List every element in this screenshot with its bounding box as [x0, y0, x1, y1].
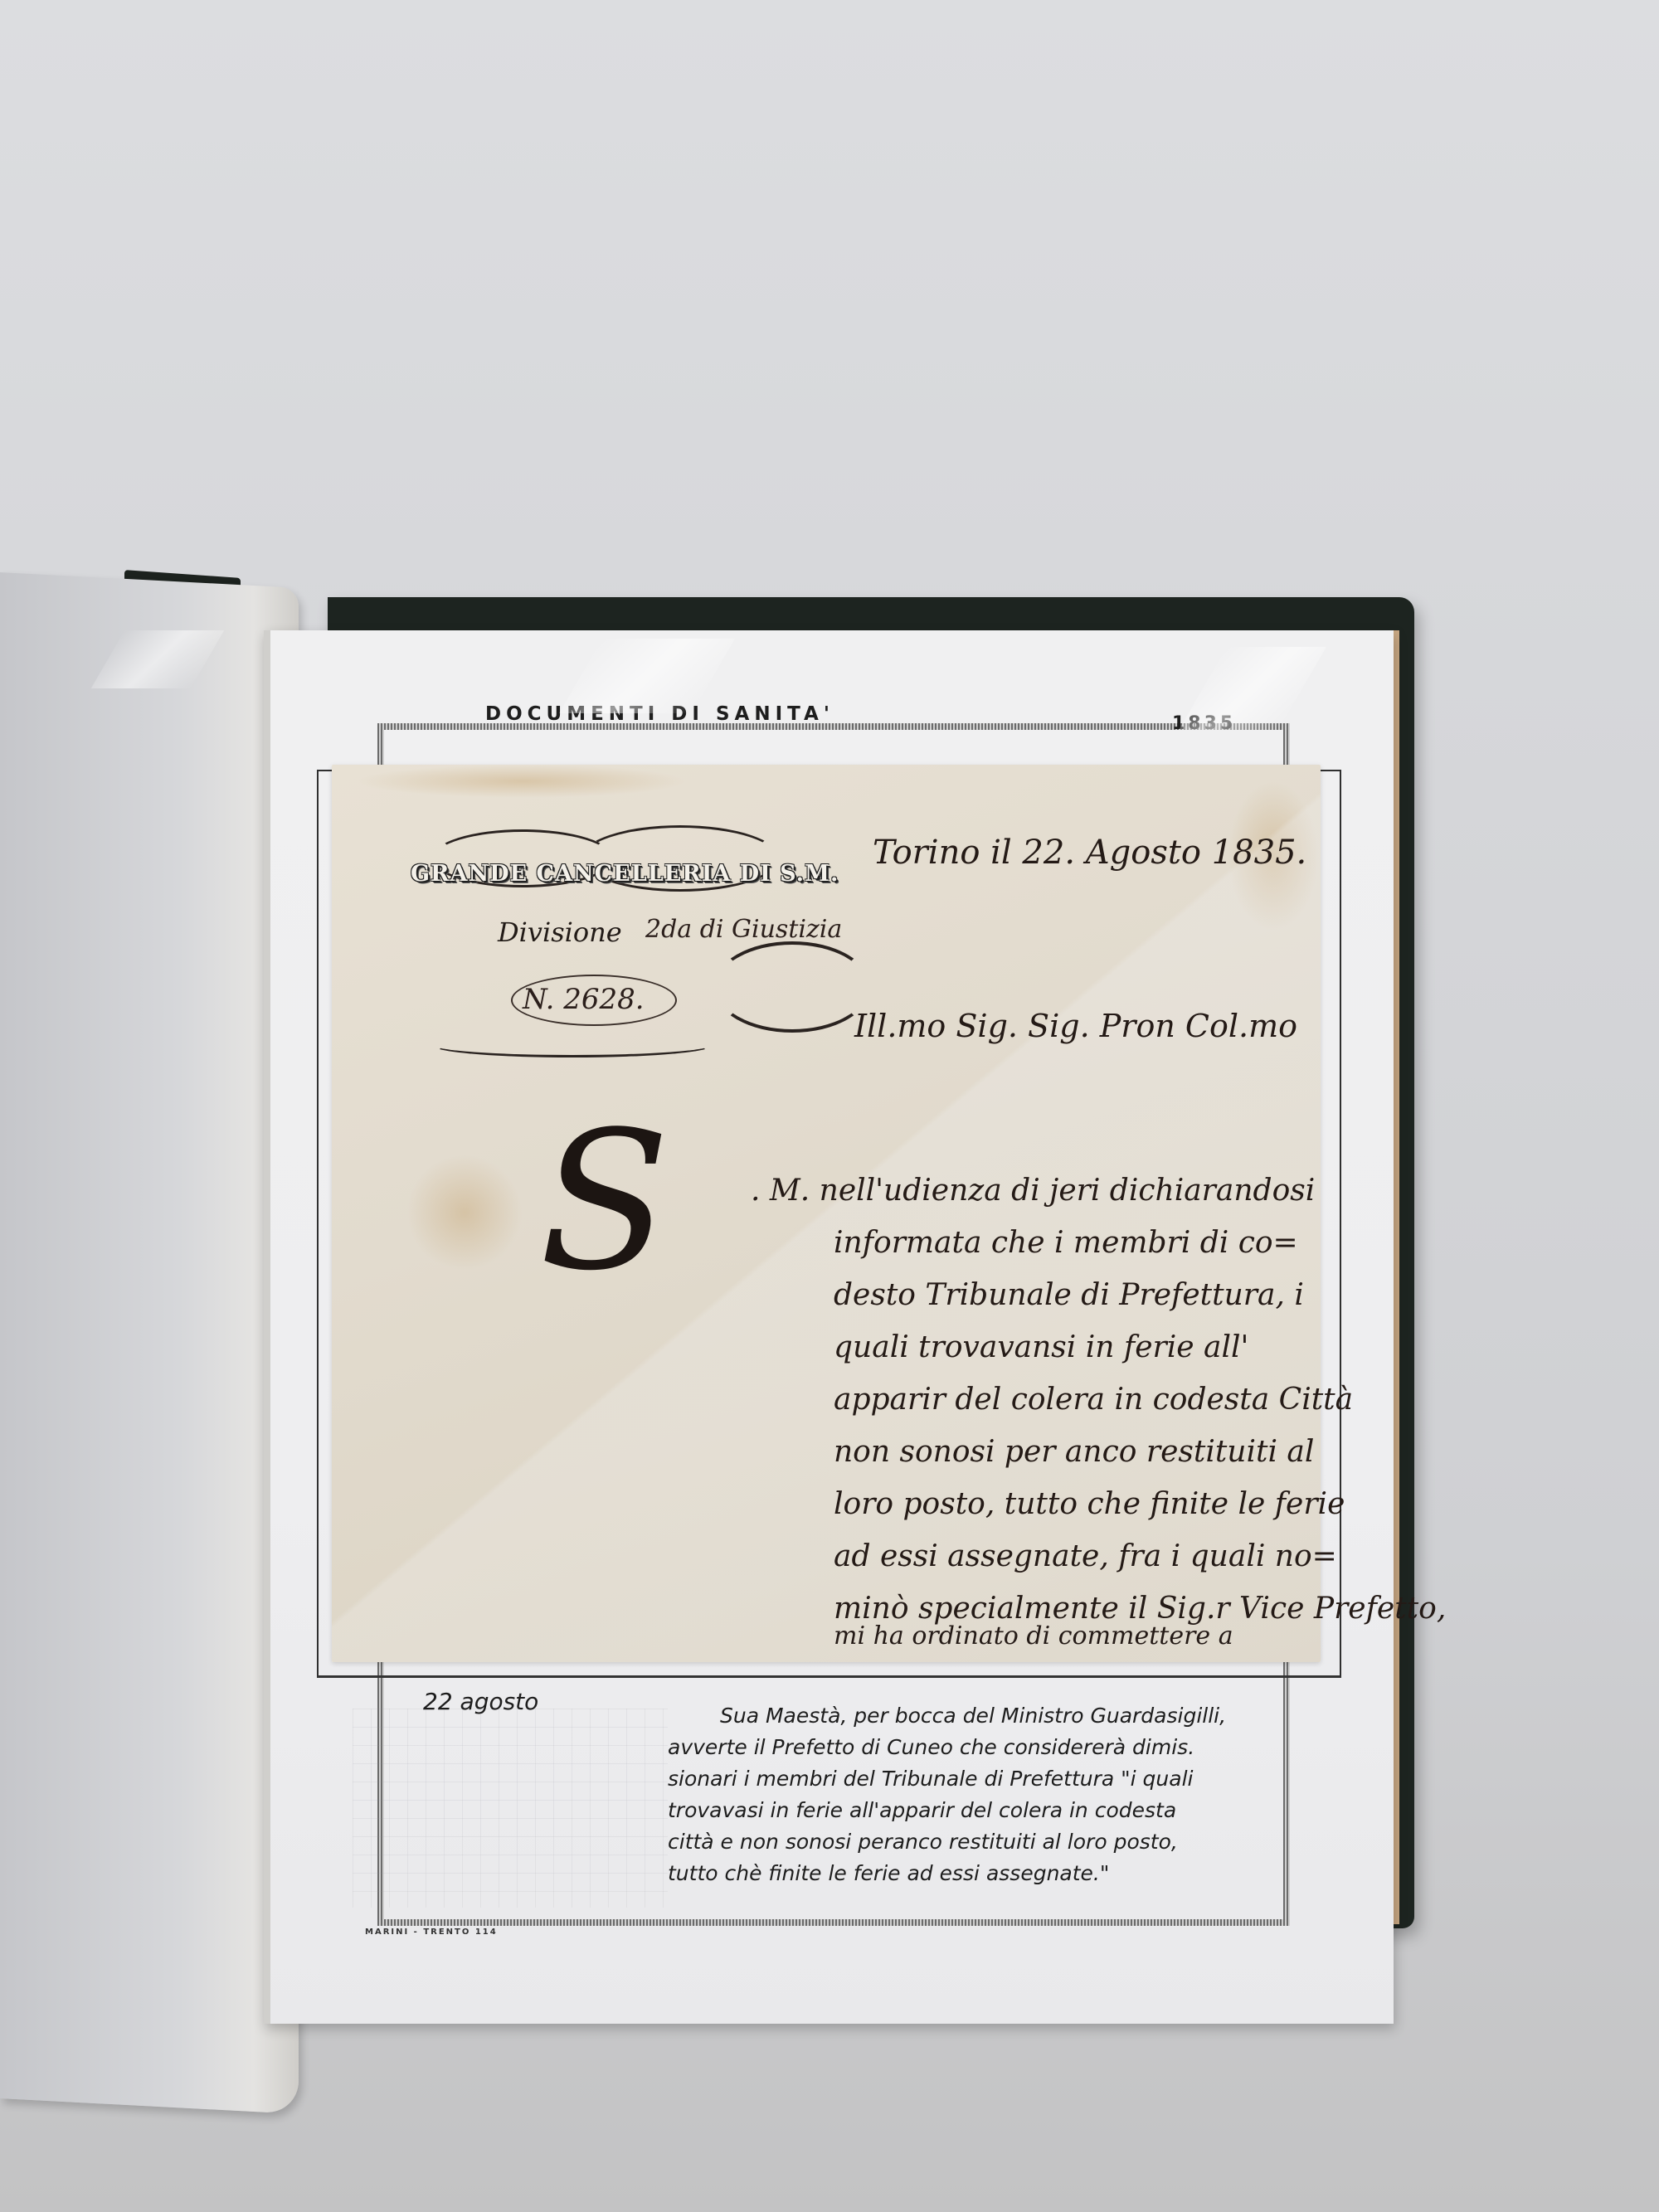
historic-letter: [332, 765, 1321, 1662]
calligraphic-flourish: [431, 1033, 713, 1057]
album-page-title: DOCUMENTI DI SANITA': [485, 703, 834, 725]
protocol-number: N. 2628.: [523, 983, 645, 1016]
page-divider-line: [317, 1675, 1341, 1678]
letterhead: GRANDE CANCELLERIA DI S.M.: [411, 861, 839, 887]
letter-body-line: ad essi assegnate, fra i quali no=: [834, 1539, 1337, 1573]
letter-body-line: . M. nell'udienza di jeri dichiarandosi: [751, 1174, 1315, 1208]
letter-body-line: mi ha ordinato di commettere a: [834, 1621, 1233, 1650]
annotation-line: avverte il Prefetto di Cuneo che conside…: [668, 1735, 1194, 1759]
annotation-line: Sua Maestà, per bocca del Ministro Guard…: [720, 1704, 1226, 1728]
division-label: Divisione: [498, 916, 622, 948]
letter-body-line: quali trovavansi in ferie all': [834, 1330, 1248, 1364]
album-page-year: 1835: [1172, 713, 1236, 734]
letter-salutation: Ill.mo Sig. Sig. Pron Col.mo: [854, 1008, 1297, 1044]
division-handwritten: 2da di Giustizia: [645, 915, 842, 944]
paper-stain: [406, 1155, 523, 1271]
letter-body-line: desto Tribunale di Prefettura, i: [834, 1278, 1304, 1312]
letter-place-date: Torino il 22. Agosto 1835.: [873, 834, 1306, 872]
publisher-imprint: MARINI - TRENTO 114: [365, 1928, 498, 1937]
annotation-line: tutto chè finite le ferie ad essi assegn…: [668, 1861, 1109, 1885]
annotation-line: città e non sonosi peranco restituiti al…: [668, 1830, 1178, 1854]
annotation-line: sionari i membri del Tribunale di Prefet…: [668, 1767, 1193, 1791]
letter-body-line: non sonosi per anco restituiti al: [834, 1435, 1314, 1469]
annotation-line: trovavasi in ferie all'apparir del coler…: [668, 1798, 1176, 1822]
annotation-date: 22 agosto: [423, 1688, 538, 1715]
letter-body-line: informata che i membri di co=: [834, 1226, 1298, 1260]
letter-body-line: minò specialmente il Sig.r Vice Prefetto…: [834, 1592, 1446, 1626]
paper-stain: [357, 765, 688, 798]
letter-body-line: loro posto, tutto che finite le ferie: [834, 1487, 1345, 1521]
letter-initial: S: [539, 1107, 670, 1298]
letter-body-line: apparir del colera in codesta Città: [834, 1383, 1353, 1417]
grid-background: [353, 1709, 668, 1908]
left-album-page: [0, 572, 299, 2114]
salutation-flourish: [713, 941, 871, 1033]
